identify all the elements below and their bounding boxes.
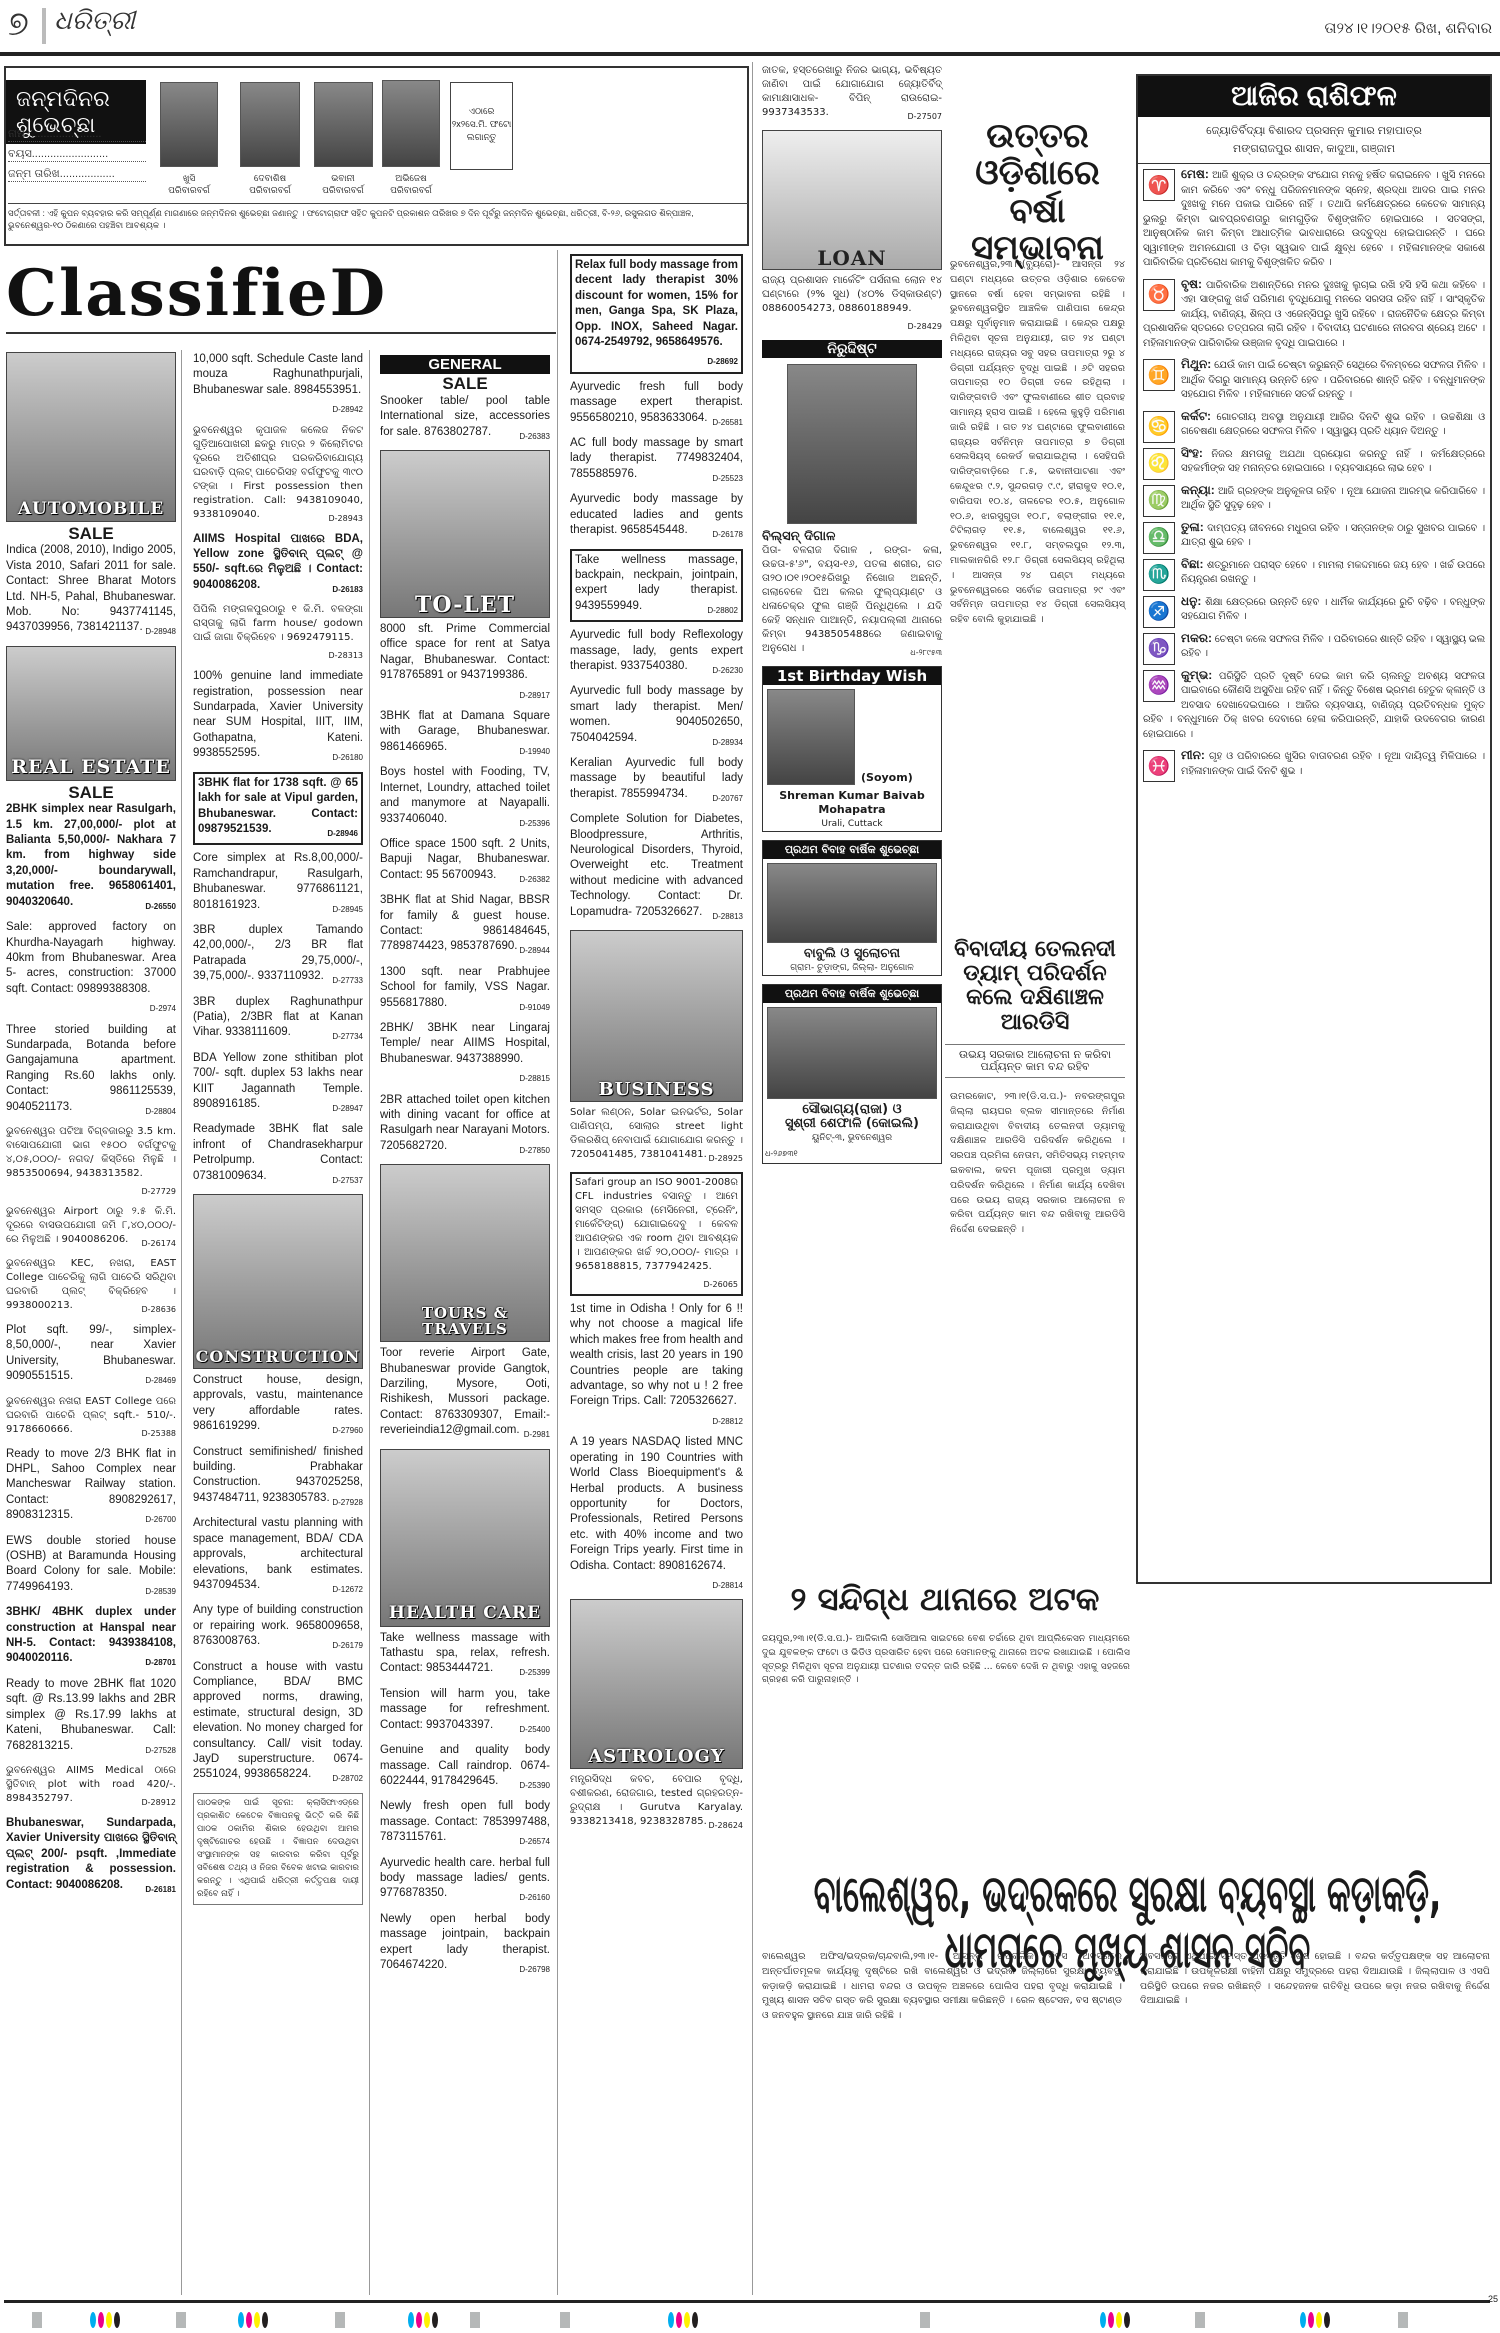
birthday-wish-box: 1st Birthday Wish (Soyom) Shreman Kumar … (762, 666, 942, 832)
taurus-icon: ♉ (1143, 279, 1175, 311)
ad-code: D-26574 (519, 1834, 550, 1849)
ad-code: D-27729 (142, 1185, 177, 1199)
ad-code: D-26230 (712, 663, 743, 678)
anniversary-box: ପ୍ରଥମ ବିବାହ ବାର୍ଷିକ ଶୁଭେଚ୍ଛା ସୌଭାଗ୍ୟ(ରାଜ… (762, 984, 942, 1164)
sign-pisces: ♓ମୀନ: ଗୃହ ଓ ପରିବାରରେ ଖୁସିର ବାତାବରଣ ରହିବ … (1138, 745, 1490, 782)
ad-code: D-28942 (332, 402, 363, 417)
ad-code: D-19940 (519, 744, 550, 759)
paper-name: ଧରିତ୍ରୀ (54, 6, 135, 37)
tours-travels-banner: TOURS & TRAVELS (380, 1164, 550, 1342)
child-name: ଭବାନୀ (308, 172, 378, 184)
cancer-icon: ♋ (1143, 411, 1175, 443)
photo-placeholder: ଏଠାରେ ୨x୨ସେ.ମି. ଫଟୋ ଲଗାନ୍ତୁ (450, 82, 513, 170)
anniversary-title: ପ୍ରଥମ ବିବାହ ବାର୍ଷିକ ଶୁଭେଚ୍ଛା (763, 985, 941, 1003)
ad-code: D-26383 (519, 429, 550, 444)
ad-code: D-28946 (327, 826, 358, 841)
sale-heading: SALE (380, 376, 550, 391)
photo-caption: ଅଭିଜେଷପରିବାରବର୍ଗ (376, 172, 446, 196)
classified-ad: 10,000 sqft. Schedule Caste land mouza R… (193, 352, 363, 418)
classified-ad: 3BHK/ 4BHK duplex under construction at … (6, 1605, 176, 1671)
aries-icon: ♈ (1143, 169, 1175, 201)
sign-aquarius: ♒କୁମ୍ଭ: ପରିସ୍ଥିତି ପ୍ରତି ଦୃଷ୍ଟି ଦେଇ କାମ କ… (1138, 665, 1490, 746)
classified-ad: Three storied building at Sundarpada, Bo… (6, 1023, 176, 1119)
classified-ad: 2BR attached toilet open kitchen with di… (380, 1093, 550, 1159)
ad-code: D-2974 (150, 1001, 176, 1016)
astrology-banner: ASTROLOGY (570, 1599, 743, 1769)
missing-person-photo (787, 364, 917, 524)
registration-mark (176, 2312, 186, 2328)
sign-gemini: ♊ମିଥୁନ: ଯେଉଁ କାମ ପାଇଁ ଚେଷ୍ଟା କରୁଛନ୍ତି ସେ… (1138, 354, 1490, 406)
classified-ad: EWS double storied house (OSHB) at Baram… (6, 1534, 176, 1600)
classified-ad: Ayurvedic health care. herbal full body … (380, 1856, 550, 1906)
libra-icon: ♎ (1143, 522, 1175, 554)
classified-ad: ଭୁବନେଶ୍ୱର Airport ଠାରୁ ୨.୫ କି.ମି. ଦୂରରେ … (6, 1205, 176, 1251)
ad-code: D-28701 (145, 1655, 176, 1670)
registration-mark (335, 2312, 345, 2328)
classified-ad: Any type of building construction or rep… (193, 1603, 363, 1653)
classified-ad: ଭୁବନେଶ୍ୱର ନଖରା EAST College ପରେ ଘରବାରି ପ… (6, 1395, 176, 1441)
ad-code: D-27528 (145, 1743, 176, 1758)
child-name: ଦେବାଶିଷ (235, 172, 305, 184)
top-rule (0, 52, 1500, 56)
ad-code: D-28539 (145, 1584, 176, 1599)
baby-photo (767, 689, 855, 785)
ad-code: D-28313 (329, 649, 364, 663)
sign-leo: ♌ସିଂହ: ନିଜର କ୍ଷମତାକୁ ଅଯଥା ପ୍ରୟୋଗ କରନ୍ତୁ … (1138, 443, 1490, 480)
ad-code: D-26181 (145, 1882, 176, 1897)
ad-code: D-26178 (712, 527, 743, 542)
general-heading: GENERAL (380, 355, 550, 374)
classified-column-3: GENERAL SALE Snooker table/ pool table I… (380, 355, 550, 1983)
color-bar (1300, 2312, 1330, 2328)
scorpio-icon: ♏ (1143, 559, 1175, 591)
ad-code: D-26180 (332, 750, 363, 765)
missing-person-title: ନିରୁଦ୍ଦିଷ୍ଟ (762, 340, 942, 358)
classified-ad: Snooker table/ pool table International … (380, 394, 550, 444)
ad-code: D-28945 (332, 902, 363, 917)
story-detained: ଜୟପୁର,୨୩।୧(ଡି.ସ.ପ.)- ଆଜିକାଲି ସୋସିଆଲ ସାଇଟ… (762, 1632, 1130, 1687)
ad-code: D-25399 (519, 1665, 550, 1680)
column-divider (752, 62, 753, 2295)
classified-ad: Readymade 3BHK flat sale infront of Chan… (193, 1122, 363, 1188)
boxed-ad: Relax full body massage from decent lady… (570, 254, 743, 374)
aquarius-icon: ♒ (1143, 670, 1175, 702)
classified-ad: Construct house, design, approvals, vast… (193, 1373, 363, 1439)
ad-code: D-28702 (332, 1771, 363, 1786)
child-photo (160, 82, 218, 167)
story-security-left: ବାଲେଶ୍ୱର ଅଫିସ/ଭଦ୍ରକ/ଚାନ୍ଦବାଲି,୨୩।୧- ଆସନ୍… (762, 1950, 1122, 2024)
classified-ad: Ayurvedic full body massage by smart lad… (570, 684, 743, 750)
to-let-banner: TO-LET (380, 450, 550, 618)
ad-code: D-27734 (332, 1029, 363, 1044)
couple-place: ୟୁନିଟ୍-୩, ଭୁବନେଶ୍ୱର (763, 1131, 941, 1145)
column-divider (369, 350, 370, 2295)
color-bar (238, 2312, 268, 2328)
registration-mark (32, 2312, 42, 2328)
ad-code: D-91049 (519, 1000, 550, 1015)
ad-code: D-28943 (329, 512, 364, 526)
registration-mark (560, 2312, 570, 2328)
ad-code: D-20767 (712, 791, 743, 806)
classified-ad: 3BR duplex Tamando 42,00,000/-, 2/3 BR f… (193, 923, 363, 989)
classified-ad: Architectural vastu planning with space … (193, 1516, 363, 1597)
classified-ad: ଭୁବନେଶ୍ୱର AIIMS Medical ଠାରେ ସ୍ଥିତିବାନ୍ … (6, 1764, 176, 1810)
ad-code: D-26700 (145, 1512, 176, 1527)
name-field: ନାମ......................... (8, 128, 146, 142)
capricorn-icon: ♑ (1143, 633, 1175, 665)
classified-ad: Core simplex at Rs.8,00,000/- Ramchandra… (193, 851, 363, 917)
ad-code: D-27507 (908, 110, 943, 124)
dateline: ତା୨୪।୧।୨୦୧୫ ରିଖ, ଶନିବାର (1325, 20, 1492, 37)
horoscope-byline: ଜ୍ୟୋତିର୍ବିଦ୍ୟା ବିଶାରଦ ପ୍ରସନ୍ନ କୁମାର ମହାପ… (1138, 117, 1490, 164)
ad-code: D-26550 (145, 899, 176, 914)
family-label: ପରିବାରବର୍ଗ (154, 184, 224, 196)
boxed-ad: Take wellness massage, backpain, neckpai… (570, 549, 743, 623)
classified-ad: AIIMS Hospital ପାଖରେ BDA, Yellow zone ସ୍… (193, 532, 363, 598)
bottom-rule (4, 2300, 1490, 2303)
classified-ad: BDA Yellow zone sthitiban plot 700/- sqf… (193, 1051, 363, 1117)
child-photo (382, 80, 440, 167)
ad-code: D-26798 (519, 1962, 550, 1977)
classified-ad: 2BHK simplex near Rasulgarh, 1.5 km. 27,… (6, 802, 176, 914)
classified-ad: Complete Solution for Diabetes, Bloodpre… (570, 812, 743, 924)
classified-ad: Newly fresh open full body massage. Cont… (380, 1799, 550, 1849)
subhead-dam: ଉଭୟ ସରକାର ଆଲୋଚନା ନ କରିବା ପର୍ଯ୍ୟନ୍ତ କାମ ବ… (945, 1044, 1125, 1078)
classified-ad: Solar ଲଣ୍ଠନ, Solar ଇନଭର୍ଟର, Solar ପାଣିପମ… (570, 1106, 743, 1166)
automobile-banner: AUTOMOBILE (6, 352, 176, 522)
classified-column-1: AUTOMOBILE SALE Indica (2008, 2010), Ind… (6, 352, 176, 1903)
ad-code: ଧ-୨୬୭୩୧ (763, 1145, 941, 1163)
page-number: ୭ (8, 4, 29, 44)
sign-taurus: ♉ବୃଷ: ପାରିବାରିକ ଅଶାନ୍ତିରେ ମନର ଦୁଃଖକୁ ଲୁଚ… (1138, 274, 1490, 355)
ad-code: D-28912 (142, 1796, 177, 1810)
sign-aries: ♈ମେଷ: ଆଜି ଶୁକ୍ର ଓ ଚନ୍ଦ୍ରଙ୍କ ସଂଯୋଗ ମନକୁ ହ… (1138, 164, 1490, 274)
headline-detained: ୨ ସନ୍ଦିଗ୍ଧ ଥାନାରେ ଅଟକ (760, 1582, 1130, 1617)
ad-code: D-28944 (519, 943, 550, 958)
ad-code: D-26174 (142, 1237, 177, 1251)
ad-code: D-26065 (704, 1278, 739, 1292)
registration-mark (920, 2312, 930, 2328)
ad-code: D-25390 (519, 1778, 550, 1793)
classified-ad: 3BHK flat at Damana Square with Garage, … (380, 709, 550, 759)
classified-ad: 3BHK flat at Shid Nagar, BBSR for family… (380, 893, 550, 959)
classified-ad: Ayurvedic fresh full body massage expert… (570, 380, 743, 430)
health-care-banner: HEALTH CARE (380, 1449, 550, 1627)
ad-code: D-2981 (524, 1427, 550, 1442)
color-bar (90, 2312, 120, 2328)
classified-ad: Keralian Ayurvedic full body massage by … (570, 756, 743, 806)
ad-code: D-28812 (712, 1414, 743, 1429)
horoscope-box: ଆଜିର ରାଶିଫଳ ଜ୍ୟୋତିର୍ବିଦ୍ୟା ବିଶାରଦ ପ୍ରସନ୍… (1136, 74, 1492, 1584)
nickname: (Soyom) (861, 771, 913, 785)
masthead-divider (42, 8, 46, 44)
classified-ad: Boys hostel with Fooding, TV, Internet, … (380, 765, 550, 831)
color-bar (1100, 2312, 1130, 2328)
missing-person-name: ବିଲ୍‌ସନ୍ ଦିଗାଳ (762, 530, 942, 544)
classified-column-2: 10,000 sqft. Schedule Caste land mouza R… (193, 352, 363, 1905)
story-security-right: ଅବସରରେ ଏଥିପାଇଁ ସମସ୍ତ ପ୍ରସ୍ତୁତି ଶେଷ ହୋଇଛି… (1140, 1950, 1490, 2009)
middle-ads-column: ଜାତକ, ହସ୍ତରେଖାରୁ ନିଜର ଭାଗ୍ୟ, ଭବିଷ୍ୟତ ଜାଣ… (762, 64, 942, 1164)
headline-dam: ବିବାଦୀୟ ତେଲନଦୀ ଡ୍ୟାମ୍ ପରିଦର୍ଶନ କଲେ ଦକ୍ଷି… (940, 938, 1130, 1035)
column-divider (557, 250, 558, 2295)
ad-code: D-28692 (707, 354, 738, 369)
ad-code: D-25523 (712, 471, 743, 486)
ad-code: ଧ-୨୮୯୫୩ (910, 646, 942, 660)
ad-code: D-28925 (709, 1152, 744, 1166)
couple-names: ସୁଶ୍ରୀ ଶେଫାଳି (କୋଇଲି) (763, 1117, 941, 1131)
classified-ad: A 19 years NASDAQ listed MNC operating i… (570, 1435, 743, 1593)
classified-ad: Office space 1500 sqft. 2 Units, Bapuji … (380, 837, 550, 887)
classified-ad: Ready to move 2/3 BHK flat in DHPL, Saho… (6, 1447, 176, 1528)
classified-ad: Plot sqft. 99/-, simplex- 8,50,000/-, ne… (6, 1323, 176, 1389)
ad-code: D-28815 (519, 1071, 550, 1086)
family-label: ପରିବାରବର୍ଗ (235, 184, 305, 196)
sign-sagittarius: ♐ଧନୁ: ଶିକ୍ଷା କ୍ଷେତ୍ରରେ ଉନ୍ନତି ହେବ । ଧାର୍… (1138, 591, 1490, 628)
family-label: ପରିବାରବର୍ଗ (376, 184, 446, 196)
classified-ad: 8000 sft. Prime Commercial office space … (380, 622, 550, 703)
classified-ad: 3BR duplex Raghunathpur (Patia), 2/3BR f… (193, 995, 363, 1045)
color-bar (668, 2312, 698, 2328)
sign-cancer: ♋କର୍କଟ: ଗୋଚରୀୟ ଅବସ୍ଥା ଅନୁଯାୟୀ ଆଜିର ଦିନଟି… (1138, 406, 1490, 443)
anniversary-title: ପ୍ରଥମ ବିବାହ ବାର୍ଷିକ ଶୁଭେଚ୍ଛା (763, 841, 941, 859)
ad-code: D-27537 (332, 1173, 363, 1188)
boxed-ad: Safari group an ISO 9001-2008ର CFL indus… (570, 1172, 743, 1296)
classified-ad: AC full body massage by smart lady thera… (570, 436, 743, 486)
photo-caption: ଭବାନୀପରିବାରବର୍ଗ (308, 172, 378, 196)
couple-photo (767, 1007, 937, 1099)
dob-field: ଜନ୍ମ ତାରିଖ.................. (8, 168, 146, 182)
astrologer-name: ଜ୍ୟୋତିର୍ବିଦ୍ୟା ବିଶାରଦ ପ୍ରସନ୍ନ କୁମାର ମହାପ… (1143, 122, 1485, 140)
ad-code: D-26179 (332, 1638, 363, 1653)
classified-column-4: Relax full body massage from decent lady… (570, 254, 743, 1839)
classified-logo: ClassifieD (6, 256, 556, 334)
story-rain: ଭୁବନେଶ୍ୱର,୨୩।୧(ବ୍ୟୁରୋ)- ଆସନ୍ତା ୨୪ ଘଣ୍ଟା … (950, 258, 1125, 628)
ad-code: D-25388 (142, 1427, 177, 1441)
sign-scorpio: ♏ବିଛା: ଶତ୍ରୁମାନେ ପରାସ୍ତ ହେବେ । ମାମଲା ମକଦ… (1138, 554, 1490, 591)
classified-ad: ଭୁବନେଶ୍ୱର KEC, ନଖରା, EAST College ପାଚେରି… (6, 1257, 176, 1317)
sign-capricorn: ♑ମକର: ଚେଷ୍ଟା କଲେ ସଫଳତା ମିଳିବ । ପରିବାରରେ … (1138, 628, 1490, 665)
ad-code: D-28804 (145, 1104, 176, 1119)
registration-mark (1195, 2312, 1205, 2328)
real-estate-banner: REAL ESTATE (6, 646, 176, 781)
registration-mark (470, 2312, 480, 2328)
ad-code: D-25400 (519, 1722, 550, 1737)
ad-code: D-27733 (332, 973, 363, 988)
anniversary-box: ପ୍ରଥମ ବିବାହ ବାର୍ଷିକ ଶୁଭେଚ୍ଛା ବାବୁଲି ଓ ସୁ… (762, 840, 942, 976)
photo-caption: ଦେବାଶିଷପରିବାରବର୍ଗ (235, 172, 305, 196)
classified-ad: 2BHK/ 3BHK near Lingaraj Temple/ near AI… (380, 1021, 550, 1087)
classified-ad: Construct semifinished/ finished buildin… (193, 1445, 363, 1511)
birthday-wish-title: 1st Birthday Wish (763, 667, 941, 685)
headline-rain: ଉତ୍ତର ଓଡ଼ିଶାରେ ବର୍ଷା ସମ୍ଭାବନା (950, 118, 1125, 268)
classified-ad: Genuine and quality body massage. Call r… (380, 1743, 550, 1793)
business-banner: BUSINESS (570, 930, 743, 1102)
classified-ad: Indica (2008, 2010), Indigo 2005, Vista … (6, 543, 176, 639)
ad-code: D-27850 (519, 1143, 550, 1158)
story-dam: ଉମରକୋଟ, ୨୩।୧(ଡି.ସ.ପ.)- ନବରଙ୍ଗପୁର ଜିଲ୍ଲା … (950, 1090, 1125, 1238)
leo-icon: ♌ (1143, 448, 1175, 480)
classified-ad: 1300 sqft. near Prabhujee School for fam… (380, 965, 550, 1015)
loan-ad: ରାଜ୍ୟ ପ୍ରଶାସନ ମାର୍କେଟିଂ ପର୍ସନାଲ ଲୋନ ୧୪ ଘ… (762, 274, 942, 334)
ad-code: D-12672 (332, 1582, 363, 1597)
classified-ad: Tension will harm you, take massage for … (380, 1687, 550, 1737)
color-bar (408, 2312, 438, 2328)
loan-banner: LOAN (762, 130, 942, 270)
column-divider (181, 350, 182, 2295)
sign-virgo: ♍କନ୍ୟା: ଆଜି ଗ୍ରହଙ୍କ ଅନୁକୂଳତା ରହିବ । ନୂଆ … (1138, 480, 1490, 517)
ad-code: D-26581 (712, 415, 743, 430)
child-name: ଖୁସି (154, 172, 224, 184)
gemini-icon: ♊ (1143, 359, 1175, 391)
construction-banner: CONSTRUCTION (193, 1194, 363, 1369)
baby-place: Urali, Cuttack (763, 817, 941, 831)
sagittarius-icon: ♐ (1143, 596, 1175, 628)
classified-ad: Toor reverie Airport Gate, Bhubaneswar p… (380, 1346, 550, 1442)
sale-heading: SALE (6, 785, 176, 800)
coupon-terms: ସର୍ତ୍ତାବଳୀ : ଏହି କୁପନ ବ୍ୟବହାର କରି ସମ୍ପୂର… (8, 203, 748, 231)
boxed-ad: 3BHK flat for 1738 sqft. @ 65 lakh for s… (193, 772, 363, 846)
ad-code: D-28429 (908, 320, 943, 334)
ad-code: D-27960 (332, 1423, 363, 1438)
classified-ad: ଭୁବନେଶ୍ୱର ପଟିଆ ବିଗ୍‌ବଜାରରୁ 3.5 km. ବାସୋପ… (6, 1125, 176, 1199)
photo-caption: ଖୁସିପରିବାରବର୍ଗ (154, 172, 224, 196)
ad-code: D-28636 (142, 1303, 177, 1317)
sale-heading: SALE (6, 526, 176, 541)
reader-notice: ପାଠକଙ୍କ ପାଇଁ ସୂଚନା: କ୍ଲାସିଫାଏଡ୍‌ରେ ପ୍ରକା… (193, 1793, 363, 1905)
ad-code: D-28934 (712, 735, 743, 750)
classified-ad: Ayurvedic full body Reflexology massage,… (570, 628, 743, 678)
ad-code: D-28813 (712, 909, 743, 924)
ad-code: D-28624 (709, 1819, 744, 1833)
classified-ad: ମନ୍ତ୍ରସିଦ୍ଧ କବଚ, ବେପାର ବୃଦ୍ଧି, ବଶୀକରଣ, ର… (570, 1773, 743, 1833)
classified-ad: Sale: approved factory on Khurdha-Nayaga… (6, 920, 176, 1016)
ad-code: D-28947 (332, 1101, 363, 1116)
astrologer-ad: ଜାତକ, ହସ୍ତରେଖାରୁ ନିଜର ଭାଗ୍ୟ, ଭବିଷ୍ୟତ ଜାଣ… (762, 64, 942, 124)
classified-ad: ପିପିଲି ମଙ୍ଗଳପୁରଠାରୁ ୧ କି.ମି. ବଳଙ୍ଗା ରାସ୍… (193, 603, 363, 663)
couple-names: ବାବୁଲି ଓ ସୁଲୋଚନା (763, 947, 941, 961)
classified-ad: Take wellness massage with Tathastu spa,… (380, 1631, 550, 1681)
ad-code: D-28802 (707, 603, 738, 618)
registration-mark (1398, 2312, 1408, 2328)
child-photo (314, 82, 373, 167)
classified-ad: Newly open herbal body massage jointpain… (380, 1912, 550, 1978)
virgo-icon: ♍ (1143, 485, 1175, 517)
classified-ad: Construct a house with vastu Compliance,… (193, 1660, 363, 1787)
pisces-icon: ♓ (1143, 750, 1175, 782)
ad-code: D-26160 (519, 1890, 550, 1905)
ad-code: D-28469 (145, 1373, 176, 1388)
classified-ad: Ready to move 2BHK flat 1020 sqft. @ Rs.… (6, 1677, 176, 1758)
ad-code: D-26382 (519, 872, 550, 887)
classified-ad: ଭୁବନେଶ୍ୱର କୃପାଜଳ କଲେଜ ନିକଟ ଗୁଡ଼ିଆପୋଖରୀ ଛ… (193, 424, 363, 526)
ad-code: D-28917 (519, 688, 550, 703)
couple-names: ସୌଭାଗ୍ୟ(ରାଜା) ଓ (763, 1103, 941, 1117)
classified-ad: 100% genuine land immediate registration… (193, 669, 363, 765)
ad-code: D-28948 (145, 624, 176, 639)
child-name: ଅଭିଜେଷ (376, 172, 446, 184)
sign-libra: ♎ତୁଳା: ଦାମ୍ପତ୍ୟ ଜୀବନରେ ମଧୁରତା ରହିବ । ସନ୍… (1138, 517, 1490, 554)
missing-person-details: ପିତା- ବଳରାଜ ଦିଗାଳ , ରଙ୍ଗ- କଳା, ଉଚ୍ଚତା-୫'… (762, 544, 942, 660)
child-photo (240, 82, 300, 167)
age-field: ବୟସ......................... (8, 148, 146, 162)
ad-code: D-26183 (332, 582, 363, 597)
page-folio: 25 (1488, 2294, 1498, 2304)
ad-code: D-25396 (519, 816, 550, 831)
ad-code: D-28814 (712, 1578, 743, 1593)
baby-name: Shreman Kumar Baivab Mohapatra (763, 789, 941, 817)
horoscope-title: ଆଜିର ରାଶିଫଳ (1138, 76, 1490, 117)
classified-ad: Ayurvedic body massage by educated ladie… (570, 492, 743, 542)
couple-place: ଗ୍ରାମ- ଚୁଡ଼ାଙ୍ଗ, ଜିଲ୍ଲା- ଅନୁଗୋଳ (763, 961, 941, 975)
classified-ad: 1st time in Odisha ! Only for 6 !! why n… (570, 1302, 743, 1429)
classified-ad: Bhubaneswar, Sundarpada, Xavier Universi… (6, 1816, 176, 1897)
couple-photo (767, 863, 937, 943)
ad-code: D-27928 (332, 1495, 363, 1510)
astrologer-address: ମଙ୍ଗରାଜପୁର ଶାସନ, କାଦୁଆ, ଗଞ୍ଜାମ (1143, 140, 1485, 158)
family-label: ପରିବାରବର୍ଗ (308, 184, 378, 196)
